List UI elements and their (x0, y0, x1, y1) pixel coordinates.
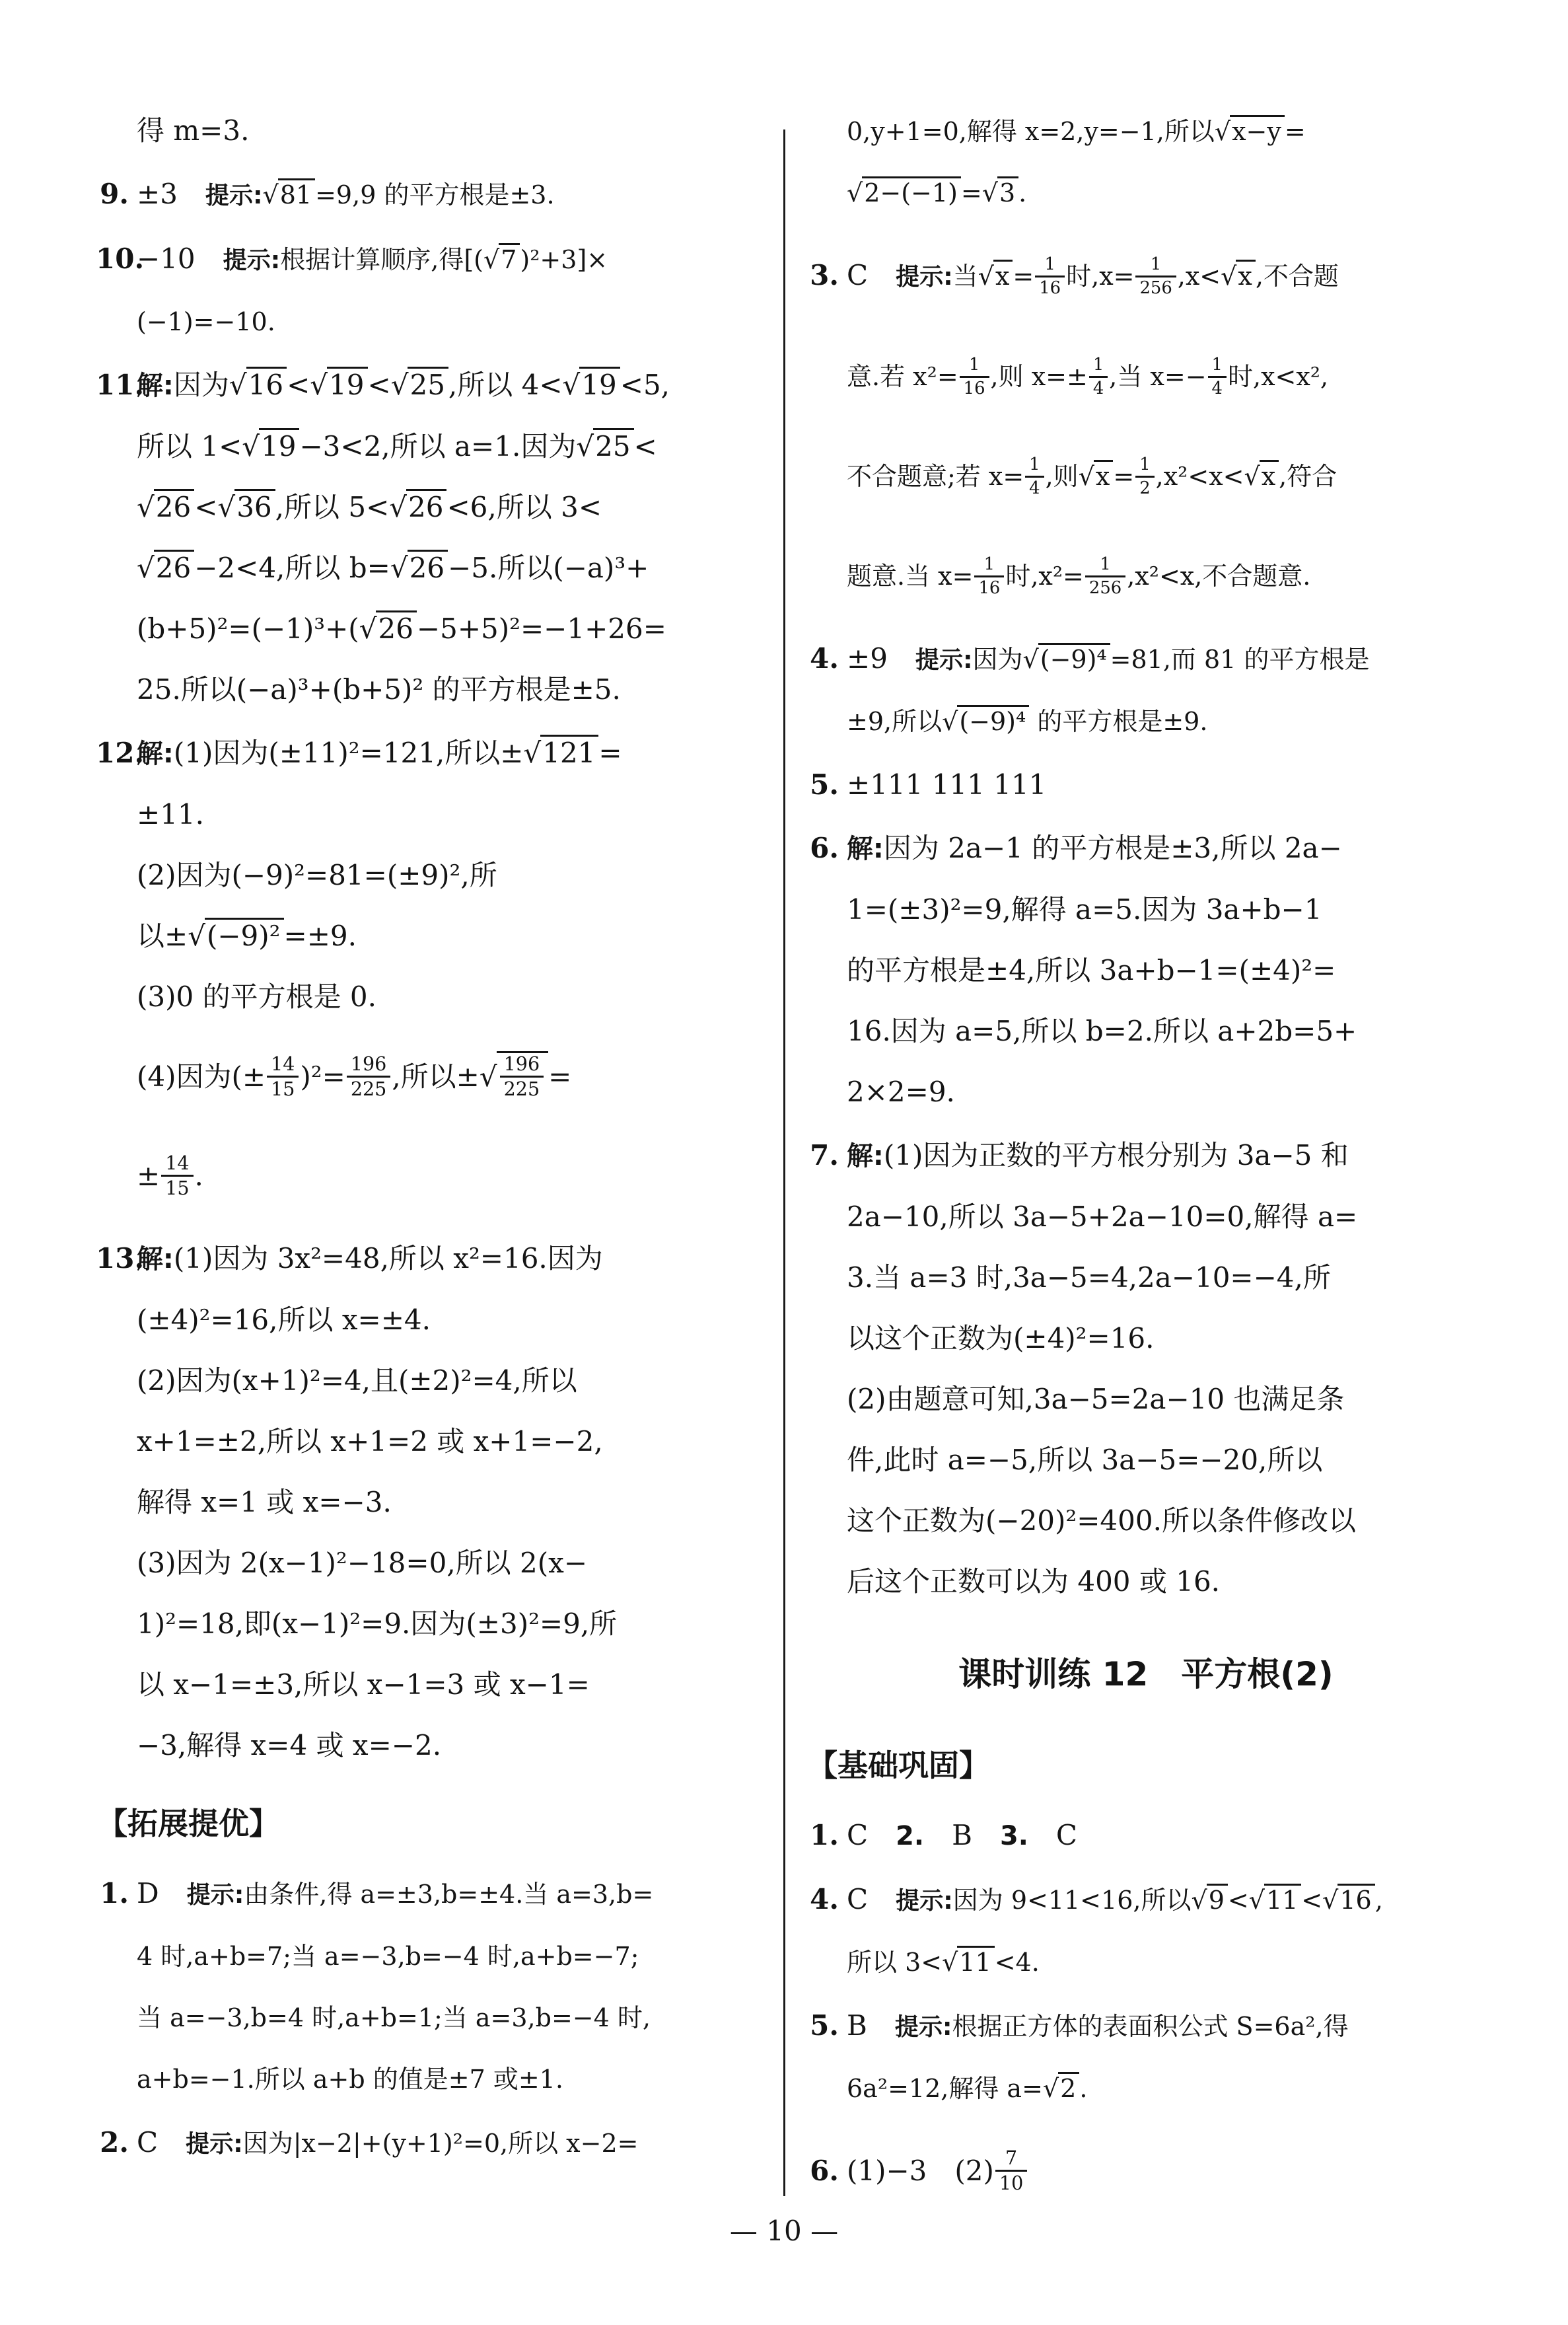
radical-sign: √ (263, 165, 279, 225)
vinculum-content: (−9)⁴ (957, 705, 1029, 737)
section-header: 【拓展提优】 (96, 1787, 766, 1861)
fraction-numerator: 1 (960, 355, 989, 377)
fraction-numerator: 1 (1089, 355, 1108, 377)
hint-text: 0,y+1=0,解得 x=2,y=−1,所以√x−y= (847, 117, 1306, 146)
radical-sign: √ (982, 163, 998, 223)
hint-text: 意.若 x²=116,则 x=±14,当 x=−14时,x<x², (847, 362, 1328, 391)
fraction: 116 (973, 555, 1005, 597)
radical-sign: √ (847, 163, 863, 223)
sqrt-expression: √x (978, 262, 1013, 291)
fraction-denominator: 256 (1085, 577, 1125, 597)
item-number: 10. (96, 229, 129, 289)
left-column: 得 m=3.9.±3 提示:√81=9,9 的平方根是±3.10.−10 提示:… (96, 100, 766, 2174)
sqrt-expression: √26 (137, 552, 194, 584)
radical-sign: √ (1249, 1870, 1265, 1931)
fraction-denominator: 256 (1135, 277, 1176, 297)
vinculum-content: 11 (957, 1946, 994, 1977)
radical-sign: √ (310, 355, 328, 416)
text-line: 后这个正数可以为 400 或 16. (806, 1551, 1486, 1612)
fraction-denominator: 15 (267, 1078, 299, 1099)
item-number: 9. (96, 164, 129, 225)
vinculum-content: x (1260, 460, 1279, 492)
text-line: (4)因为(±1415)²=196225,所以±√196225= (96, 1027, 766, 1126)
sqrt-expression: √16 (229, 369, 287, 401)
sqrt-expression: √25 (576, 430, 633, 462)
vinculum-content: x (1236, 260, 1255, 291)
sqrt-expression: √25 (391, 369, 448, 401)
text-line: 意.若 x²=116,则 x=±14,当 x=−14时,x<x², (806, 326, 1486, 426)
text-line: 12.解:(1)因为(±11)²=121,所以±√121= (96, 723, 766, 784)
fraction-numerator: 14 (267, 1054, 299, 1078)
sqrt-expression: √26 (389, 491, 446, 523)
text-line: 7.解:(1)因为正数的平方根分别为 3a−5 和 (806, 1125, 1486, 1187)
fraction: 14 (1088, 355, 1109, 398)
sqrt-expression: √196225 (480, 1060, 548, 1093)
bold-label: 提示: (187, 1881, 244, 1909)
hint-text: ±9,所以√(−9)⁴ 的平方根是±9. (847, 707, 1207, 736)
hint-text: (−1)=−10. (137, 307, 275, 336)
fraction: 1256 (1084, 555, 1127, 597)
vinculum-content: 3 (997, 176, 1018, 208)
radical-sign: √ (391, 355, 409, 416)
hint-text: 提示:因为|x−2|+(y+1)²=0,所以 x−2= (186, 2129, 638, 2158)
text-line: 4.±9 提示:因为√(−9)⁴=81,而 81 的平方根是 (806, 628, 1486, 690)
sqrt-expression: √(−9)⁴ (942, 707, 1029, 736)
fraction-numerator: 1 (1135, 455, 1154, 477)
hint-text: 提示:因为 9<11<16,所以√9<√11<√16, (896, 1886, 1383, 1915)
hint-text: 提示:因为√(−9)⁴=81,而 81 的平方根是 (915, 645, 1370, 674)
text-line: (±4)²=16,所以 x=±4. (96, 1290, 766, 1350)
text-line: 的平方根是±4,所以 3a+b−1=(±4)²= (806, 940, 1486, 1001)
item-number: 2. (96, 2112, 129, 2173)
sqrt-expression: √(−9)⁴ (1023, 645, 1110, 674)
item-number: 3. (806, 226, 839, 325)
vinculum-content: 2−(−1) (862, 176, 961, 208)
text-line: 9.±3 提示:√81=9,9 的平方根是±3. (96, 164, 766, 226)
text-line: 2.C 提示:因为|x−2|+(y+1)²=0,所以 x−2= (96, 2112, 766, 2174)
hint-text: 提示:当√x=116时,x=1256,x<√x,不合题 (896, 262, 1339, 291)
fraction: 710 (994, 2148, 1028, 2194)
vinculum-content: 16 (246, 367, 287, 401)
bold-label: 提示: (205, 182, 263, 209)
vinculum-content: 7 (499, 243, 520, 275)
fraction-numerator: 1 (1085, 555, 1125, 577)
text-line: 6.(1)−3 (2)710 (806, 2122, 1486, 2221)
text-line: 5.±111 111 111 (806, 755, 1486, 815)
bold-label: 3. (1000, 1821, 1028, 1851)
bold-label: 解: (847, 834, 884, 864)
item-number: 6. (806, 818, 839, 879)
hint-text: 所以 3<√11<4. (847, 1948, 1040, 1977)
vinculum-content: (−9)² (205, 918, 284, 952)
radical-sign: √ (217, 477, 235, 538)
hint-text: 当 a=−3,b=4 时,a+b=1;当 a=3,b=−4 时, (137, 2003, 651, 2032)
hint-text: 提示:√81=9,9 的平方根是±3. (205, 180, 555, 209)
text-line: 2a−10,所以 3a−5+2a−10=0,解得 a= (806, 1187, 1486, 1247)
vinculum-content: 9 (1207, 1884, 1228, 1915)
bold-label: 提示: (895, 2013, 952, 2041)
vinculum-content: 11 (1264, 1884, 1301, 1915)
hint-text: 4 时,a+b=7;当 a=−3,b=−4 时,a+b=−7; (137, 1942, 639, 1971)
radical-sign: √ (389, 477, 407, 538)
radical-sign: √ (978, 227, 994, 326)
bold-label: 提示: (896, 263, 953, 291)
text-line: a+b=−1.所以 a+b 的值是±7 或±1. (96, 2048, 766, 2110)
vinculum-content: 26 (154, 489, 194, 523)
vinculum-content: 16 (1337, 1884, 1374, 1915)
text-line: 10.−10 提示:根据计算顺序,得[(√7)²+3]× (96, 229, 766, 291)
radical-sign: √ (563, 355, 581, 416)
item-number: 4. (806, 1869, 839, 1930)
fraction: 1415 (160, 1153, 194, 1199)
sqrt-expression: √26 (359, 612, 417, 645)
vinculum-content: x−y (1230, 115, 1285, 147)
vinculum-content: 19 (327, 367, 367, 401)
radical-sign: √ (1215, 101, 1230, 162)
hint-text: 提示:根据计算顺序,得[(√7)²+3]× (223, 245, 608, 274)
bold-label: 提示: (915, 646, 973, 674)
sqrt-expression: √2−(−1) (847, 178, 961, 207)
text-line: 3.当 a=3 时,3a−5=4,2a−10=−4,所 (806, 1247, 1486, 1308)
fraction-denominator: 4 (1089, 378, 1108, 398)
item-number: 7. (806, 1125, 839, 1186)
fraction-numerator: 196 (500, 1054, 544, 1078)
fraction: 196225 (499, 1054, 546, 1100)
fraction-denominator: 225 (500, 1078, 544, 1099)
text-line: 25.所以(−a)³+(b+5)² 的平方根是±5. (96, 659, 766, 720)
vinculum-content: 2 (1058, 2072, 1079, 2104)
bold-label: 提示: (186, 2130, 243, 2158)
item-number: 11. (96, 355, 129, 416)
radical-sign: √ (137, 538, 155, 599)
fraction-numerator: 1 (1135, 255, 1176, 277)
text-line: 所以 1<√19−3<2,所以 a=1.因为√25< (96, 416, 766, 477)
sqrt-expression: √26 (137, 491, 194, 523)
vinculum-content: 25 (408, 367, 448, 401)
fraction-denominator: 16 (1035, 277, 1065, 297)
hint-text: 提示:根据正方体的表面积公式 S=6a²,得 (895, 2012, 1349, 2041)
sqrt-expression: √(−9)² (188, 920, 283, 952)
text-line: 5.B 提示:根据正方体的表面积公式 S=6a²,得 (806, 1995, 1486, 2057)
fraction-denominator: 16 (960, 378, 989, 398)
radical-sign: √ (942, 1932, 958, 1993)
text-line: 以±√(−9)²=±9. (96, 906, 766, 967)
fraction: 196225 (345, 1054, 392, 1100)
text-line: √2−(−1)=√3. (806, 162, 1486, 223)
text-line: 4.C 提示:因为 9<11<16,所以√9<√11<√16, (806, 1869, 1486, 1931)
sqrt-expression: √121 (523, 737, 598, 769)
workbook-answer-page: 得 m=3.9.±3 提示:√81=9,9 的平方根是±3.10.−10 提示:… (0, 0, 1568, 2325)
text-line: 2×2=9. (806, 1062, 1486, 1123)
sqrt-expression: √3 (982, 178, 1018, 207)
hint-text: 不合题意;若 x=14,则√x=12,x²<x<√x,符合 (847, 462, 1337, 491)
sqrt-expression: √x (1221, 262, 1256, 291)
text-line: x+1=±2,所以 x+1=2 或 x+1=−2, (96, 1411, 766, 1472)
text-line: ±1415. (96, 1126, 766, 1226)
radical-sign: √ (1221, 227, 1236, 326)
sqrt-expression: √19 (242, 430, 299, 462)
sqrt-expression: √19 (563, 369, 620, 401)
radical-sign: √ (1023, 629, 1039, 690)
text-line: 6a²=12,解得 a=√2. (806, 2057, 1486, 2119)
sqrt-expression: √19 (310, 369, 367, 401)
text-line: 11.解:因为√16<√19<√25,所以 4<√19<5, (96, 355, 766, 416)
text-line: 13.解:(1)因为 3x²=48,所以 x²=16.因为 (96, 1228, 766, 1290)
fraction-denominator: 10 (995, 2172, 1027, 2194)
hint-text: 6a²=12,解得 a=√2. (847, 2074, 1087, 2103)
vinculum-content: 26 (376, 610, 416, 645)
text-line: 3.C 提示:当√x=116时,x=1256,x<√x,不合题 (806, 226, 1486, 326)
item-number: 4. (806, 628, 839, 689)
radical-sign: √ (942, 691, 958, 752)
sqrt-expression: √2 (1043, 2074, 1079, 2103)
fraction-numerator: 1 (1035, 255, 1065, 277)
text-line: 0,y+1=0,解得 x=2,y=−1,所以√x−y= (806, 100, 1486, 162)
text-line: 这个正数为(−20)²=400.所以条件修改以 (806, 1491, 1486, 1551)
sqrt-expression: √26 (390, 552, 448, 584)
vinculum-content: 19 (259, 428, 299, 462)
text-line: ±11. (96, 784, 766, 845)
text-line: 以这个正数为(±4)²=16. (806, 1308, 1486, 1369)
radical-sign: √ (229, 355, 247, 416)
text-line: ±9,所以√(−9)⁴ 的平方根是±9. (806, 690, 1486, 752)
right-column: 0,y+1=0,解得 x=2,y=−1,所以√x−y=√2−(−1)=√3.3.… (806, 100, 1486, 2221)
fraction-numerator: 196 (347, 1054, 391, 1078)
radical-sign: √ (1244, 427, 1260, 526)
vinculum-content: (−9)⁴ (1038, 643, 1110, 675)
vinculum-content: 36 (234, 489, 275, 523)
fraction-numerator: 1 (1208, 355, 1227, 377)
text-line: (2)因为(−9)²=81=(±9)²,所 (96, 845, 766, 906)
text-line: 当 a=−3,b=4 时,a+b=1;当 a=3,b=−4 时, (96, 1987, 766, 2048)
vinculum-content: 81 (278, 178, 315, 210)
text-line: 1.D 提示:由条件,得 a=±3,b=±4.当 a=3,b= (96, 1863, 766, 1925)
fraction: 1256 (1134, 255, 1177, 297)
radical-sign: √ (188, 906, 205, 967)
text-line: √26−2<4,所以 b=√26−5.所以(−a)³+ (96, 538, 766, 599)
bold-label: 提示: (896, 1887, 953, 1915)
radical-sign: √ (483, 229, 499, 290)
text-line: 件,此时 a=−5,所以 3a−5=−20,所以 (806, 1430, 1486, 1491)
vinculum-content: 26 (408, 550, 448, 584)
vinculum-content: 19 (579, 367, 620, 401)
hint-text: a+b=−1.所以 a+b 的值是±7 或±1. (137, 2065, 563, 2094)
radical-sign: √ (480, 1027, 497, 1126)
hint-text: 题意.当 x=116时,x²=1256,x²<x,不合题意. (847, 562, 1310, 591)
text-line: (−1)=−10. (96, 291, 766, 352)
fraction-denominator: 15 (161, 1177, 193, 1199)
radical-sign: √ (390, 538, 408, 599)
radical-sign: √ (1043, 2058, 1059, 2119)
text-line: (2)因为(x+1)²=4,且(±2)²=4,所以 (96, 1350, 766, 1411)
hint-text: 提示:由条件,得 a=±3,b=±4.当 a=3,b= (187, 1880, 654, 1909)
sqrt-expression: √x (1079, 462, 1114, 491)
text-line: (3)0 的平方根是 0. (96, 967, 766, 1027)
text-line: √26<√36,所以 5<√26<6,所以 3< (96, 477, 766, 538)
item-number: 6. (806, 2122, 839, 2221)
radical-sign: √ (1079, 427, 1094, 526)
text-line: 所以 3<√11<4. (806, 1931, 1486, 1993)
fraction-denominator: 16 (974, 577, 1004, 597)
sqrt-expression: √11 (1249, 1886, 1302, 1915)
fraction: 14 (1024, 455, 1045, 498)
item-number: 12. (96, 723, 129, 784)
sqrt-expression: √9 (1191, 1886, 1227, 1915)
sqrt-expression: √x−y (1215, 117, 1285, 146)
text-line: (2)由题意可知,3a−5=2a−10 也满足条 (806, 1369, 1486, 1430)
radical-sign: √ (1191, 1870, 1207, 1931)
vinculum-content: 25 (593, 428, 633, 462)
fraction-denominator: 4 (1025, 478, 1044, 498)
text-line: 以 x−1=±3,所以 x−1=3 或 x−1= (96, 1654, 766, 1715)
section-title: 课时训练 12 平方根(2) (806, 1631, 1486, 1718)
fraction-numerator: 1 (1025, 455, 1044, 477)
bold-label: 提示: (223, 246, 281, 274)
text-line: 不合题意;若 x=14,则√x=12,x²<x<√x,符合 (806, 426, 1486, 526)
fraction-numerator: 1 (974, 555, 1004, 577)
fraction: 12 (1134, 455, 1155, 498)
sqrt-expression: √36 (217, 491, 275, 523)
text-line: 1.C 2. B 3. C (806, 1805, 1486, 1866)
fraction-numerator: 7 (995, 2148, 1027, 2172)
sqrt-expression: √16 (1322, 1886, 1375, 1915)
text-line: 4 时,a+b=7;当 a=−3,b=−4 时,a+b=−7; (96, 1925, 766, 1987)
fraction-numerator: 14 (161, 1153, 193, 1177)
text-line: 1=(±3)²=9,解得 a=5.因为 3a+b−1 (806, 879, 1486, 940)
bold-label: 2. (896, 1821, 924, 1851)
radical-sign: √ (523, 723, 541, 784)
item-number: 13. (96, 1228, 129, 1289)
fraction: 14 (1207, 355, 1228, 398)
text-line: (3)因为 2(x−1)²−18=0,所以 2(x− (96, 1533, 766, 1594)
text-line: 1)²=18,即(x−1)²=9.因为(±3)²=9,所 (96, 1594, 766, 1654)
sqrt-expression: √x (1244, 462, 1279, 491)
vinculum-content: 121 (540, 735, 598, 769)
radical-sign: √ (1322, 1870, 1338, 1931)
radical-sign: √ (359, 599, 377, 659)
item-number: 1. (96, 1863, 129, 1924)
item-number: 1. (806, 1805, 839, 1866)
page-number: — 10 — (0, 2215, 1568, 2247)
text-line: 题意.当 x=116时,x²=1256,x²<x,不合题意. (806, 526, 1486, 626)
sqrt-expression: √11 (942, 1948, 995, 1977)
fraction-denominator: 4 (1208, 378, 1227, 398)
text-line: 16.因为 a=5,所以 b=2.所以 a+2b=5+ (806, 1001, 1486, 1062)
fraction-denominator: 2 (1135, 478, 1154, 498)
vinculum-content: 26 (406, 489, 446, 523)
sqrt-expression: √81 (263, 180, 316, 209)
item-number: 5. (806, 1995, 839, 2056)
fraction-denominator: 225 (347, 1078, 391, 1099)
text-line: −3,解得 x=4 或 x=−2. (96, 1715, 766, 1776)
fraction: 1415 (266, 1054, 300, 1100)
vinculum-content: 196225 (497, 1051, 549, 1100)
hint-text: √2−(−1)=√3. (847, 178, 1026, 207)
section-header: 【基础巩固】 (806, 1728, 1486, 1802)
text-line: 6.解:因为 2a−1 的平方根是±3,所以 2a− (806, 818, 1486, 879)
vinculum-content: 26 (154, 550, 194, 584)
radical-sign: √ (137, 477, 155, 538)
radical-sign: √ (576, 416, 594, 477)
vinculum-content: x (993, 260, 1013, 291)
text-line: 得 m=3. (96, 100, 766, 161)
text-line: (b+5)²=(−1)³+(√26−5+5)²=−1+26= (96, 599, 766, 659)
bold-label: 解: (847, 1141, 884, 1171)
sqrt-expression: √7 (483, 245, 520, 274)
radical-sign: √ (242, 416, 260, 477)
fraction: 116 (1034, 255, 1066, 297)
item-number: 5. (806, 755, 839, 815)
fraction: 116 (958, 355, 991, 398)
text-line: 解得 x=1 或 x=−3. (96, 1472, 766, 1533)
column-divider (783, 129, 785, 2196)
vinculum-content: x (1094, 460, 1113, 492)
